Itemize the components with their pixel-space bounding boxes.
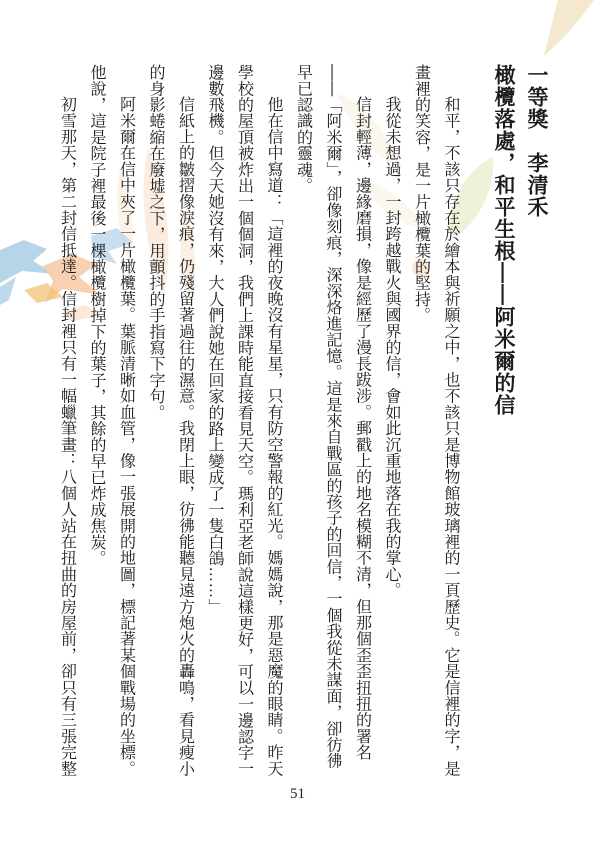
corner-leaf-watermark <box>544 0 594 56</box>
body-paragraph: 和平，不該只存在於繪本與祈願之中，也不該只是博物館玻璃裡的一頁歷史。它是信裡的字… <box>406 64 465 778</box>
essay-body: 和平，不該只存在於繪本與祈願之中，也不該只是博物館玻璃裡的一頁歷史。它是信裡的字… <box>52 64 465 778</box>
book-page: 一等獎 李清禾 橄欖落處，和平生根——阿米爾的信 和平，不該只存在於繪本與祈願之… <box>0 0 595 842</box>
blue-dove-watermark <box>0 240 55 283</box>
vertical-text-block: 一等獎 李清禾 橄欖落處，和平生根——阿米爾的信 和平，不該只存在於繪本與祈願之… <box>52 64 553 778</box>
body-paragraph: 我從未想過，一封跨越戰火與國界的信，會如此沉重地落在我的掌心。 <box>377 64 407 778</box>
body-paragraph: 阿米爾在信中夾了一片橄欖葉。葉脈清晰如血管，像一張展開的地圖，標記著某個戰場的坐… <box>82 64 141 778</box>
title-block: 一等獎 李清禾 橄欖落處，和平生根——阿米爾的信 <box>487 64 553 778</box>
body-paragraph: 信紙上的皺摺像淚痕，仍殘留著過往的濕意。我閉上眼，彷彿能聽見遠方炮火的轟鳴，看見… <box>141 64 200 778</box>
blue-dove-tail-watermark <box>0 277 16 305</box>
body-paragraph: 信封輕薄，邊緣磨損，像是經歷了漫長跋涉。郵戳上的地名模糊不清，但那個歪歪扭扭的署… <box>288 64 377 778</box>
essay-title: 橄欖落處，和平生根——阿米爾的信 <box>487 64 520 778</box>
body-paragraph: 他在信中寫道：「這裡的夜晚沒有星星，只有防空警報的紅光。媽媽說，那是惡魔的眼睛。… <box>200 64 289 778</box>
award-byline: 一等獎 李清禾 <box>520 64 553 778</box>
body-paragraph: 初雪那天，第二封信抵達。信封裡只有一幅蠟筆畫：八個人站在扭曲的房屋前，卻只有三張… <box>52 64 82 778</box>
page-number: 51 <box>0 786 595 803</box>
